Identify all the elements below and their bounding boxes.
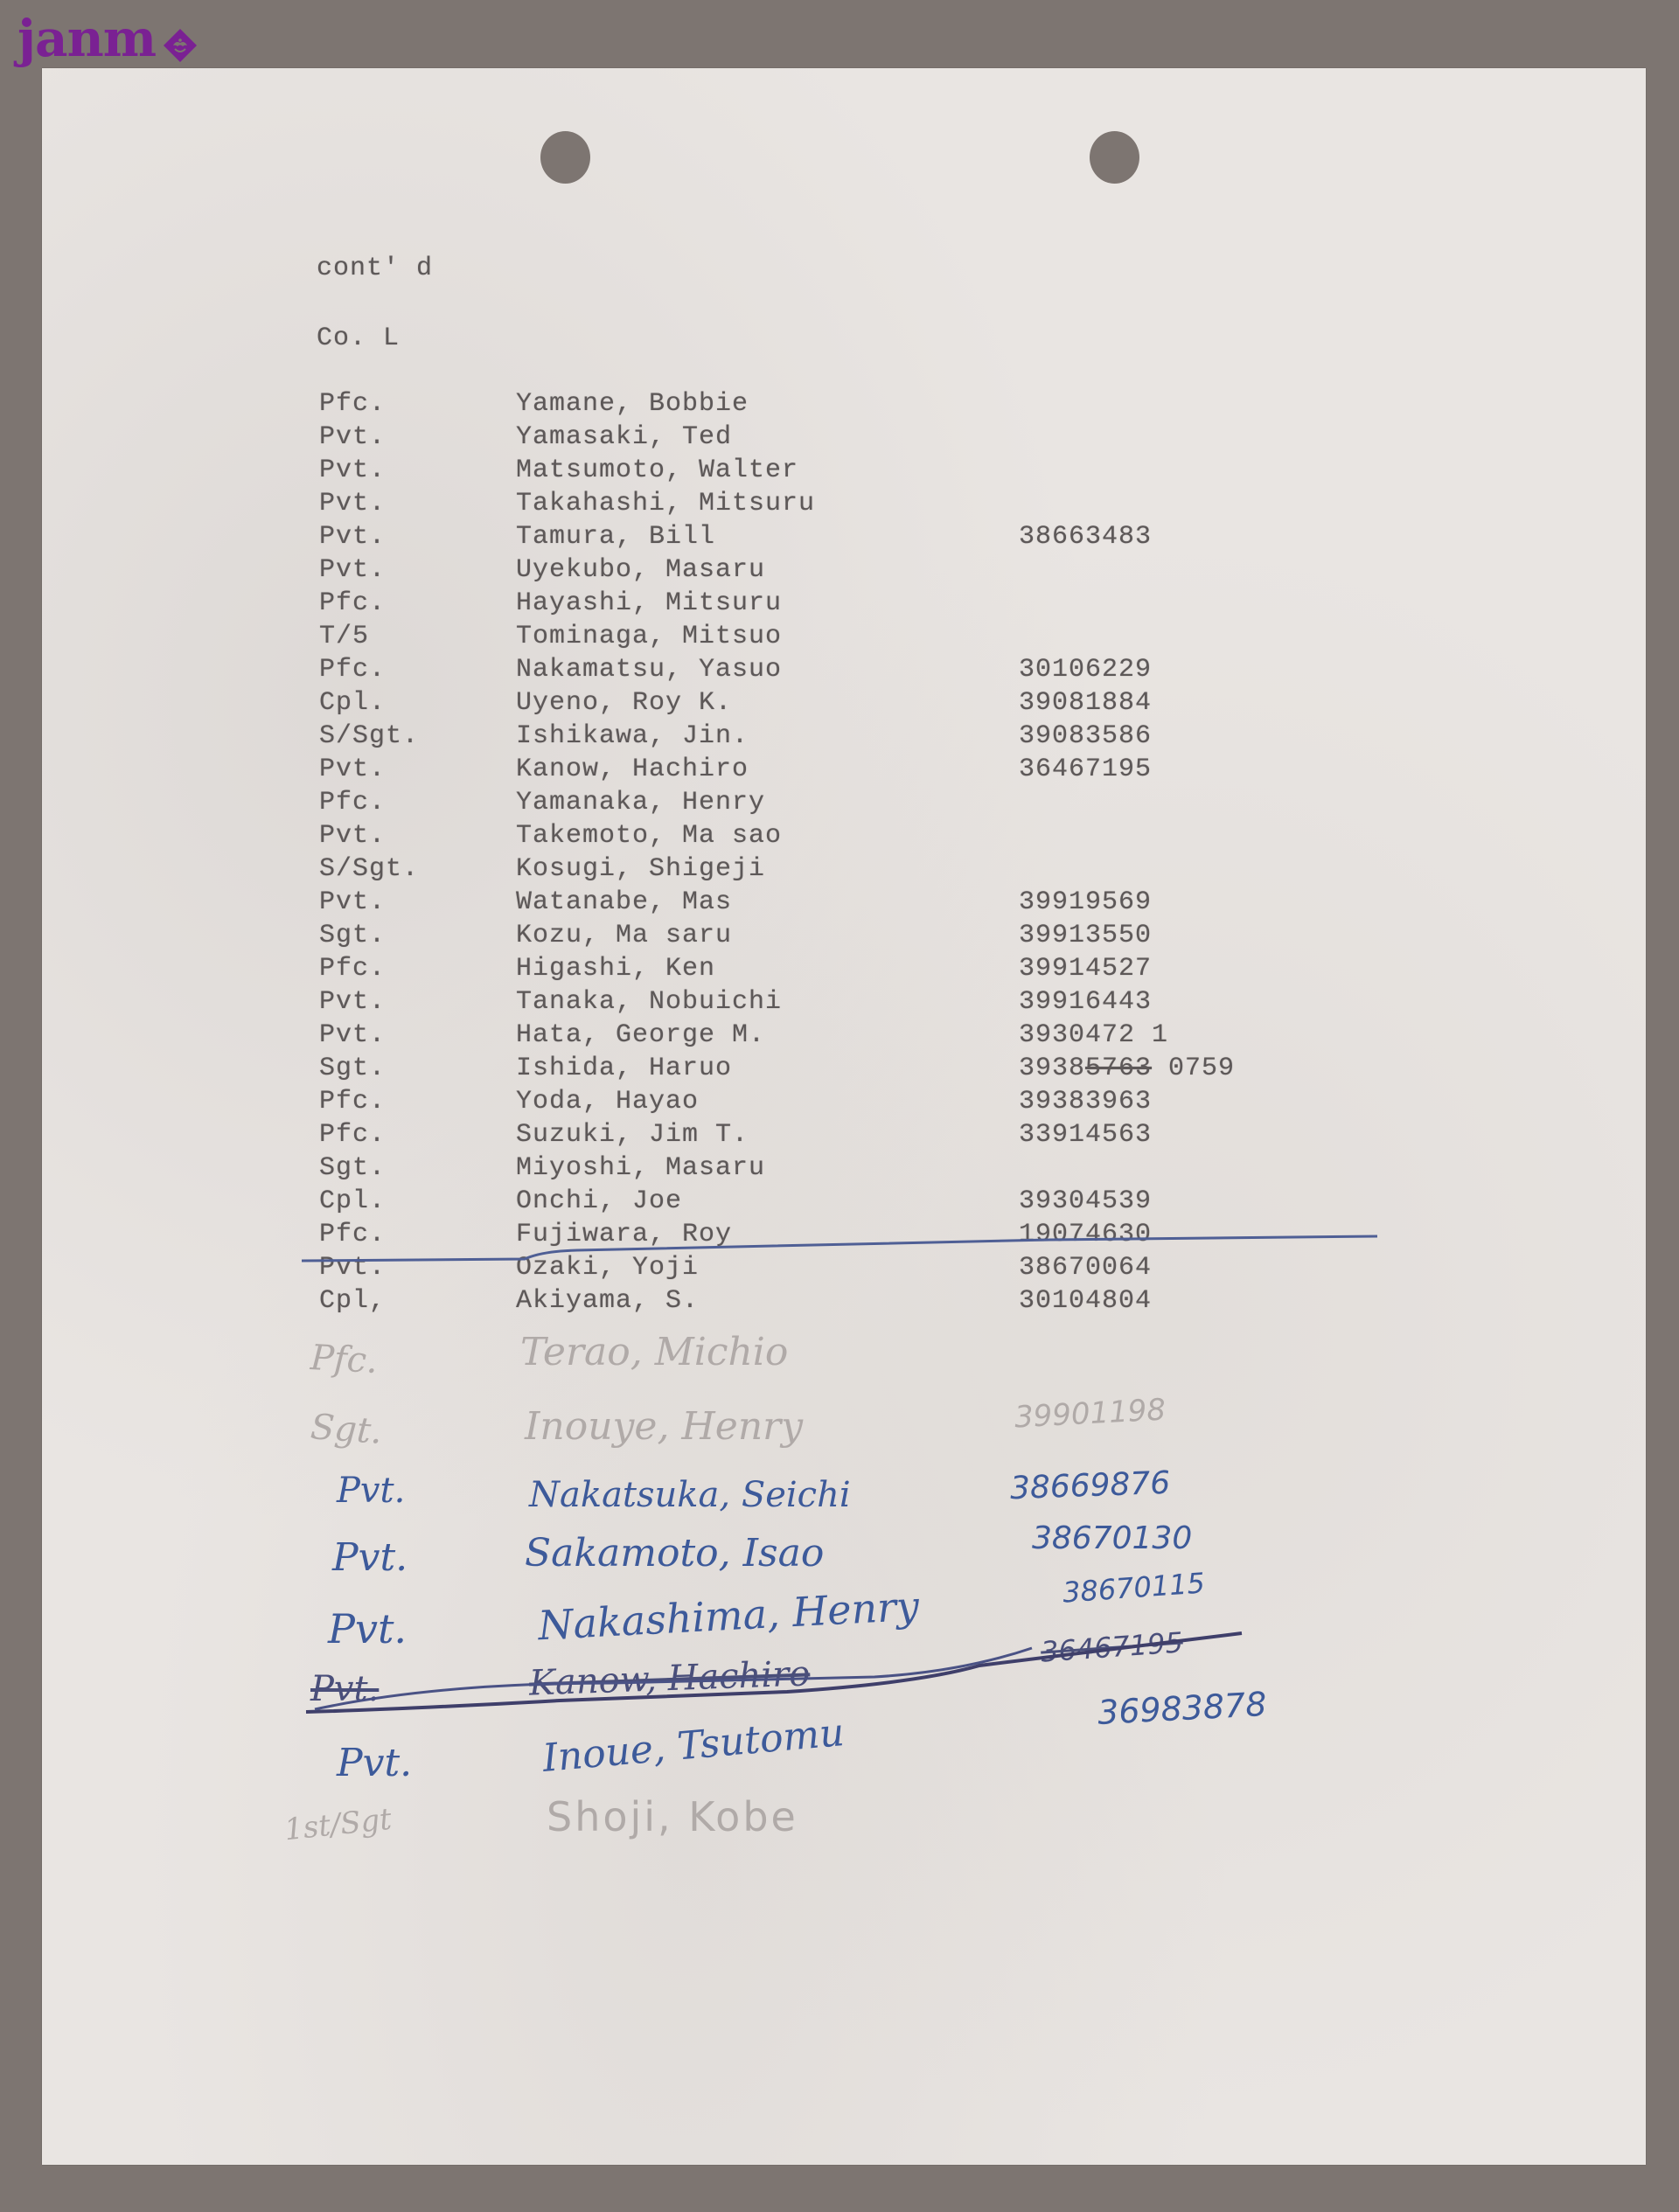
soldier-name: Uyekubo, Masaru	[516, 557, 765, 583]
hw-rank-struck: Pvt.	[310, 1672, 379, 1707]
soldier-name: Ozaki, Yoji	[516, 1255, 699, 1281]
soldier-name: Yamanaka, Henry	[516, 790, 765, 816]
soldier-name: Miyoshi, Masaru	[516, 1155, 765, 1181]
roster-row: Pvt.Takemoto, Ma sao	[0, 823, 1679, 856]
soldier-name: Tamura, Bill	[516, 524, 715, 550]
serial-number: 39913550	[1019, 922, 1152, 949]
rank: Pfc.	[319, 1221, 386, 1248]
roster-row: Pfc.Nakamatsu, Yasuo30106229	[0, 657, 1679, 690]
roster-row: Pvt.Tanaka, Nobuichi39916443	[0, 989, 1679, 1022]
janm-diamond-icon	[163, 28, 198, 63]
soldier-name: Fujiwara, Roy	[516, 1221, 732, 1248]
soldier-name: Uyeno, Roy K.	[516, 690, 732, 716]
rank: Pvt.	[319, 490, 386, 517]
hw-rank: Pvt.	[337, 1744, 412, 1783]
rank: Pfc.	[319, 956, 386, 982]
soldier-name: Watanabe, Mas	[516, 889, 732, 915]
roster-row: Pvt.Yamasaki, Ted	[0, 424, 1679, 457]
soldier-name: Yamasaki, Ted	[516, 424, 732, 450]
soldier-name: Kozu, Ma saru	[516, 922, 732, 949]
rank: Pfc.	[319, 391, 386, 417]
serial-number: 39083586	[1019, 723, 1152, 749]
hw-rank: Pvt.	[332, 1539, 408, 1577]
roster-row: Pvt.Kanow, Hachiro36467195	[0, 756, 1679, 790]
roster-row: Pvt.Takahashi, Mitsuru	[0, 490, 1679, 524]
rank: Pfc.	[319, 1089, 386, 1115]
hw-name: Sakamoto, Isao	[525, 1534, 824, 1573]
soldier-name: Akiyama, S.	[516, 1288, 699, 1314]
janm-logo: janm	[17, 12, 198, 73]
serial-number: 3930472 1	[1019, 1022, 1168, 1048]
roster-row: Pfc.Fujiwara, Roy19074630	[0, 1221, 1679, 1255]
rank: Cpl,	[319, 1288, 386, 1314]
roster-row: Cpl,Akiyama, S.30104804	[0, 1288, 1679, 1321]
soldier-name: Kosugi, Shigeji	[516, 856, 765, 882]
roster-row: Sgt.Kozu, Ma saru39913550	[0, 922, 1679, 956]
serial-number: 38663483	[1019, 524, 1152, 550]
roster-row: S/Sgt.Ishikawa, Jin.39083586	[0, 723, 1679, 756]
soldier-name: Yamane, Bobbie	[516, 391, 749, 417]
rank: Pvt.	[319, 557, 386, 583]
soldier-name: Ishikawa, Jin.	[516, 723, 749, 749]
serial-number: 39916443	[1019, 989, 1152, 1015]
rank: Pvt.	[319, 424, 386, 450]
hw-rank: Pvt.	[328, 1609, 407, 1649]
hw-name: Nakatsuka, Seichi	[529, 1478, 851, 1513]
serial-number: 39914527	[1019, 956, 1152, 982]
rank: Pvt.	[319, 457, 386, 483]
rank: T/5	[319, 623, 369, 650]
hw-rank: Sgt.	[310, 1409, 383, 1450]
rank: Pfc.	[319, 657, 386, 683]
rank: Cpl.	[319, 690, 386, 716]
rank: Pvt.	[319, 756, 386, 783]
roster-row: Pfc.Hayashi, Mitsuru	[0, 590, 1679, 623]
serial-number: 38670064	[1019, 1255, 1152, 1281]
rank: Pvt.	[319, 823, 386, 849]
serial-number: 30104804	[1019, 1288, 1152, 1314]
soldier-name: Matsumoto, Walter	[516, 457, 798, 483]
hw-rank: Pvt.	[337, 1473, 405, 1508]
hw-number: 39901198	[1014, 1395, 1167, 1432]
roster-row: S/Sgt.Kosugi, Shigeji	[0, 856, 1679, 889]
contd-label: cont' d	[317, 255, 433, 282]
hw-name-struck: Kanow, Hachiro	[528, 1656, 811, 1701]
roster-row: Pvt.Tamura, Bill38663483	[0, 524, 1679, 557]
serial-number: 39383963	[1019, 1089, 1152, 1115]
roster-row: T/5Tominaga, Mitsuo	[0, 623, 1679, 657]
soldier-name: Suzuki, Jim T.	[516, 1122, 749, 1148]
roster-row: Pfc.Yoda, Hayao39383963	[0, 1089, 1679, 1122]
roster-row: Pvt.Watanabe, Mas39919569	[0, 889, 1679, 922]
rank: Pvt.	[319, 989, 386, 1015]
roster-row: Pfc.Yamanaka, Henry	[0, 790, 1679, 823]
serial-number: 39304539	[1019, 1188, 1152, 1214]
roster-row: Pvt.Uyekubo, Masaru	[0, 557, 1679, 590]
serial-number: 33914563	[1019, 1122, 1152, 1148]
punch-hole-right	[1090, 131, 1139, 184]
serial-number: 30106229	[1019, 657, 1152, 683]
soldier-name: Yoda, Hayao	[516, 1089, 699, 1115]
soldier-name: Tominaga, Mitsuo	[516, 623, 782, 650]
rank: Pfc.	[319, 590, 386, 616]
soldier-name: Tanaka, Nobuichi	[516, 989, 782, 1015]
soldier-name: Ishida, Haruo	[516, 1055, 732, 1082]
serial-number: 39919569	[1019, 889, 1152, 915]
soldier-name: Kanow, Hachiro	[516, 756, 749, 783]
soldier-name: Takemoto, Ma sao	[516, 823, 782, 849]
rank: Sgt.	[319, 1155, 386, 1181]
company-label: Co. L	[317, 325, 400, 351]
rank: S/Sgt.	[319, 723, 419, 749]
hw-name: Shoji, Kobe	[547, 1797, 798, 1837]
hw-number: 38670130	[1032, 1523, 1192, 1555]
roster-row: Pvt.Ozaki, Yoji38670064	[0, 1255, 1679, 1288]
roster-row: Cpl.Onchi, Joe39304539	[0, 1188, 1679, 1221]
roster-row: Pvt.Hata, George M.3930472 1	[0, 1022, 1679, 1055]
rank: Pfc.	[319, 1122, 386, 1148]
roster-row: Pfc.Higashi, Ken39914527	[0, 956, 1679, 989]
struck-digits: 5763	[1085, 1054, 1152, 1083]
rank: Sgt.	[319, 1055, 386, 1082]
soldier-name: Higashi, Ken	[516, 956, 715, 982]
rank: S/Sgt.	[319, 856, 419, 882]
rank: Sgt.	[319, 922, 386, 949]
hw-name: Terao, Michio	[520, 1333, 788, 1372]
rank: Pfc.	[319, 790, 386, 816]
hw-number: 38669876	[1009, 1468, 1170, 1505]
serial-number: 39081884	[1019, 690, 1152, 716]
hw-rank: Pfc.	[310, 1340, 379, 1379]
roster-row: Sgt.Miyoshi, Masaru	[0, 1155, 1679, 1188]
rank: Pvt.	[319, 1255, 386, 1281]
rank: Pvt.	[319, 524, 386, 550]
roster-row: Pvt.Matsumoto, Walter	[0, 457, 1679, 490]
serial-number: 36467195	[1019, 756, 1152, 783]
rank: Pvt.	[319, 1022, 386, 1048]
soldier-name: Hata, George M.	[516, 1022, 765, 1048]
serial-number: 39385763 0759	[1019, 1055, 1235, 1082]
roster-row: Pfc.Yamane, Bobbie	[0, 391, 1679, 424]
soldier-name: Nakamatsu, Yasuo	[516, 657, 782, 683]
roster-row: Sgt.Ishida, Haruo39385763 0759	[0, 1055, 1679, 1089]
rank: Pvt.	[319, 889, 386, 915]
serial-number: 19074630	[1019, 1221, 1152, 1248]
roster-row: Pfc.Suzuki, Jim T.33914563	[0, 1122, 1679, 1155]
logo-text: janm	[17, 13, 156, 64]
rank: Cpl.	[319, 1188, 386, 1214]
punch-hole-left	[540, 131, 590, 184]
soldier-name: Hayashi, Mitsuru	[516, 590, 782, 616]
hw-name: Inouye, Henry	[525, 1408, 803, 1446]
roster-row: Cpl.Uyeno, Roy K.39081884	[0, 690, 1679, 723]
hw-number: 36983878	[1097, 1687, 1267, 1729]
soldier-name: Takahashi, Mitsuru	[516, 490, 815, 517]
soldier-name: Onchi, Joe	[516, 1188, 682, 1214]
